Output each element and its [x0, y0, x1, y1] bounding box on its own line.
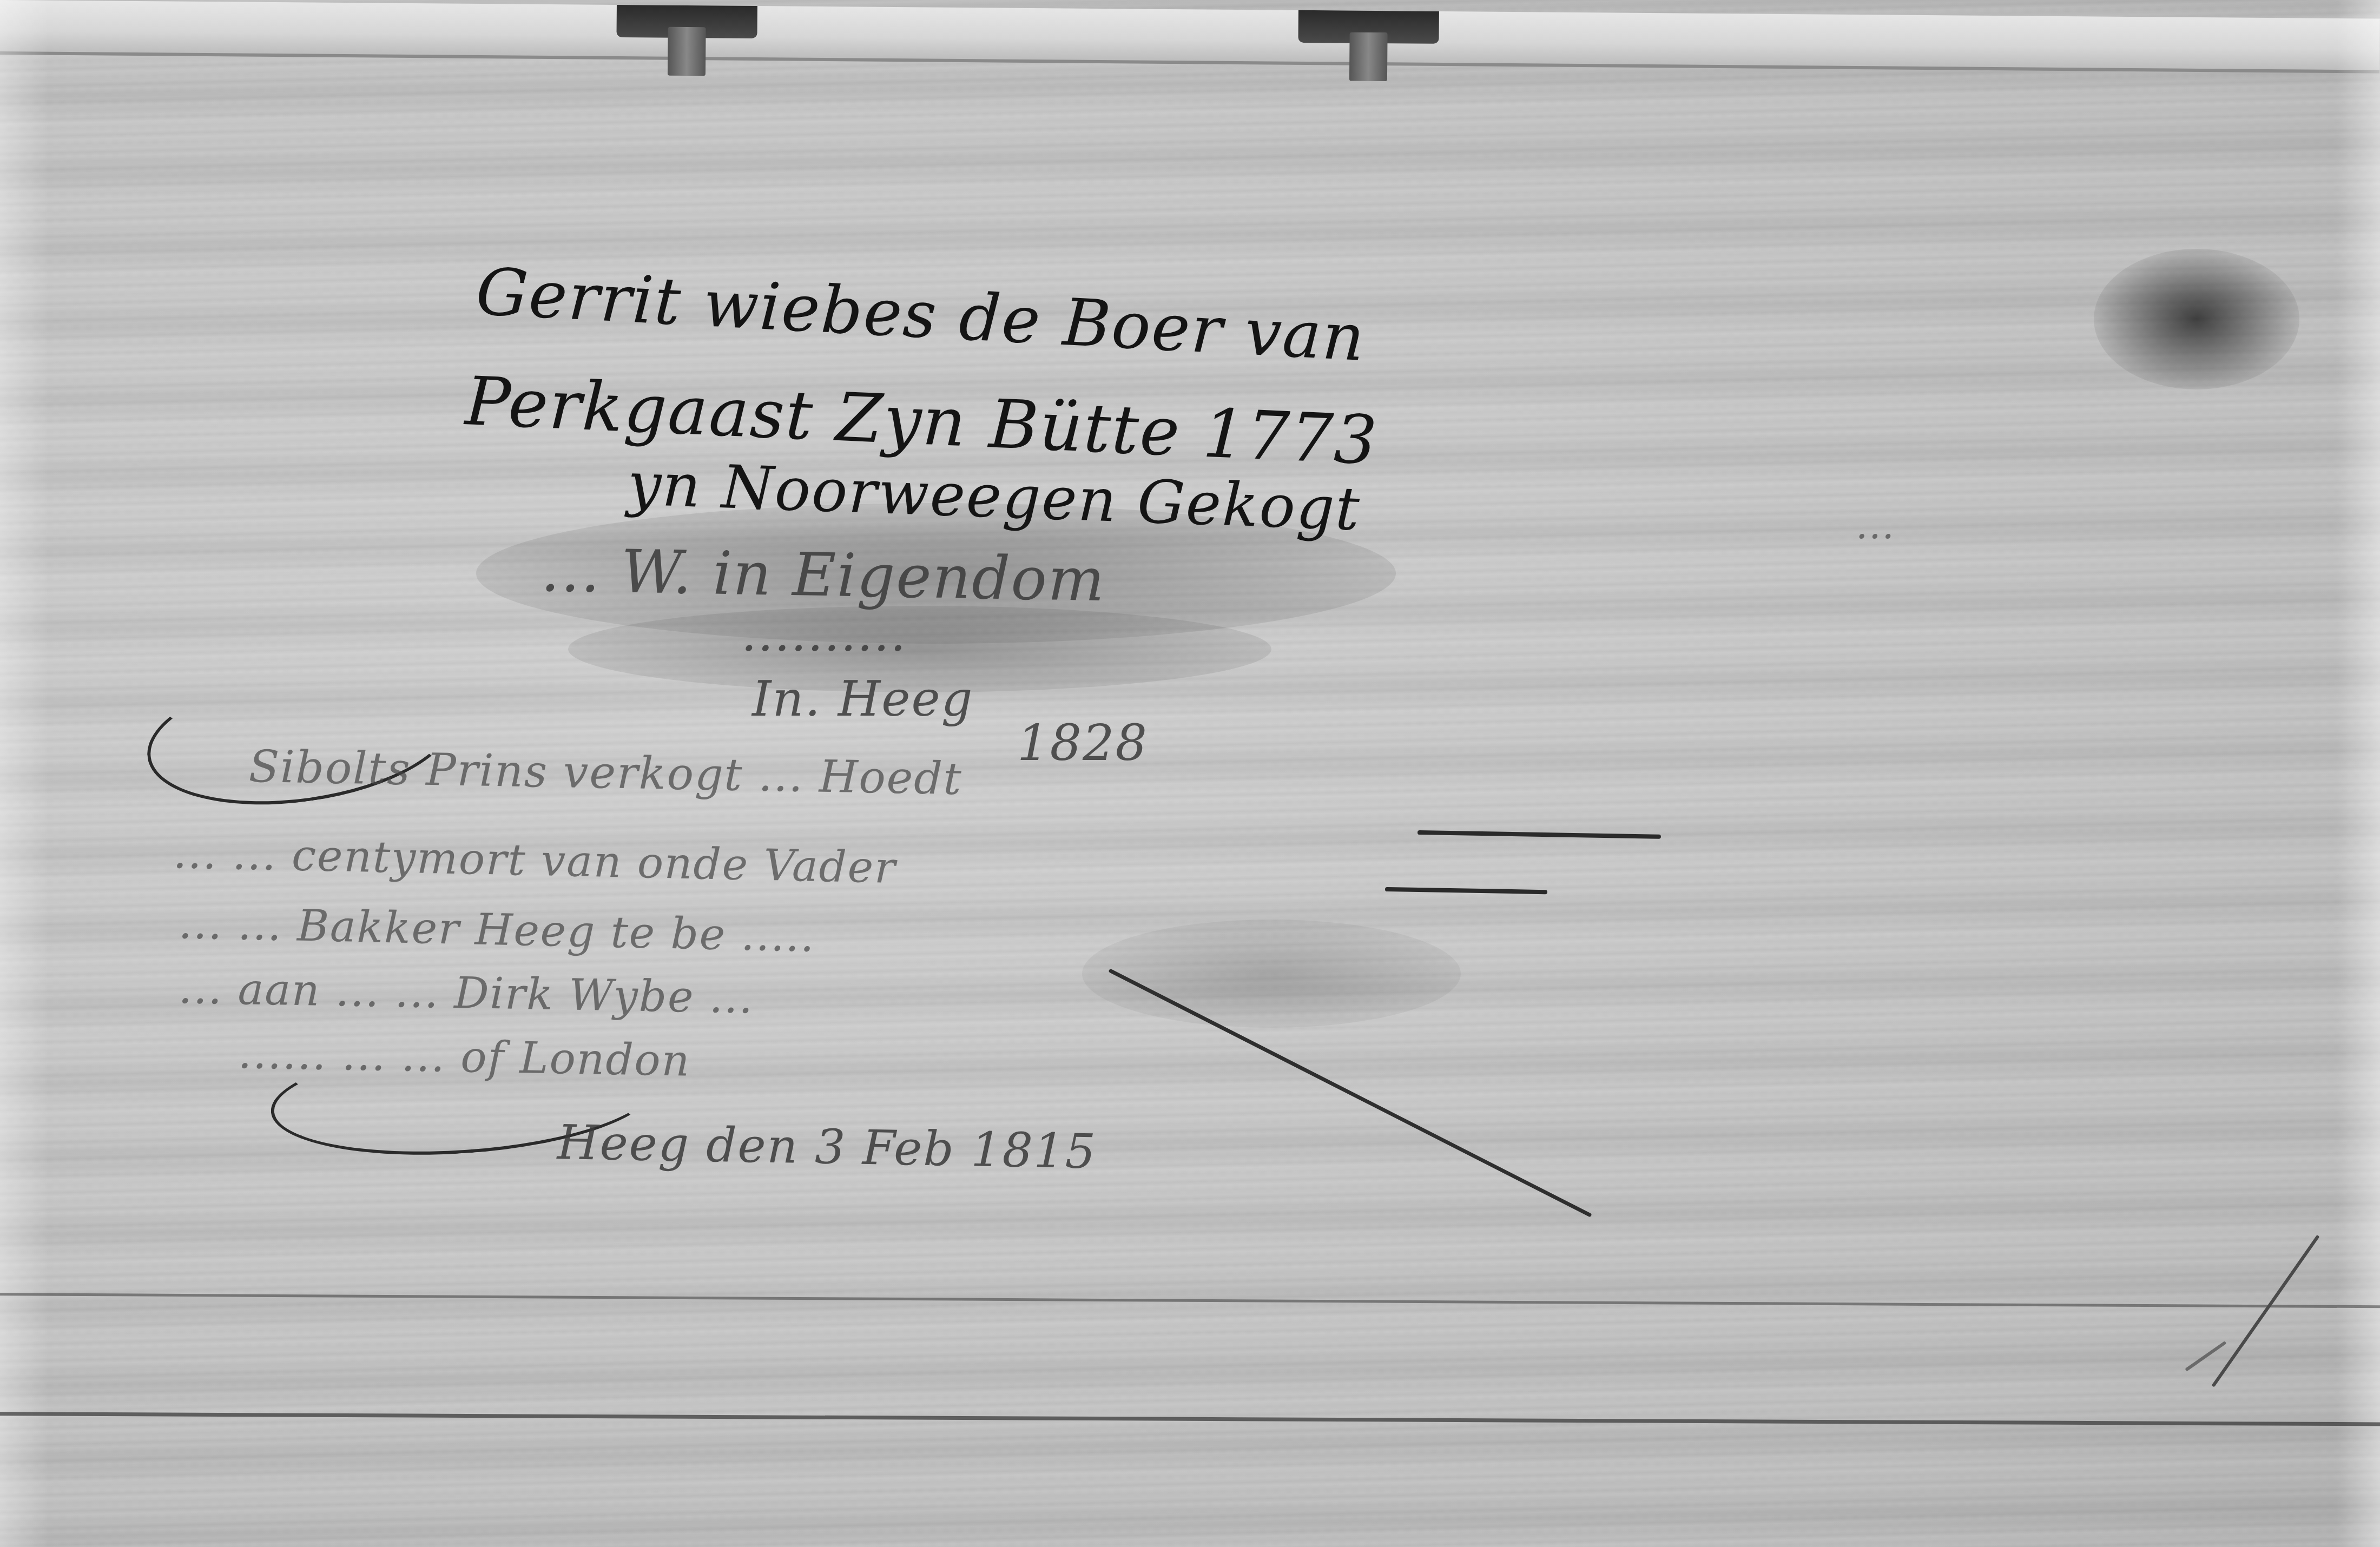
ink-smudge [1082, 920, 1461, 1028]
underline-stroke [1418, 830, 1661, 839]
board-seam [0, 1293, 2380, 1308]
inscription-2-date: 1828 [1017, 714, 1148, 772]
inscription-1-line-1: Gerrit wiebes de Boer van [474, 254, 1367, 376]
flourish-stroke [139, 650, 463, 822]
scratch-mark [2185, 1341, 2226, 1372]
board-seam [0, 1412, 2380, 1426]
inscription-3-line-1: Sibolts Prins verkogt ... Hoedt [248, 741, 962, 805]
panel-right-edge [2337, 0, 2380, 1547]
inscription-3-line-2: ... ... centymort van onde Vader [173, 828, 896, 893]
scratch-mark [2212, 1235, 2320, 1387]
chest-top-edge [0, 0, 2380, 74]
inscription-2-line-2: .......... [741, 606, 907, 663]
right-margin-mark: ... [1856, 503, 1895, 547]
inscription-2-line-3: In. Heeg [752, 671, 973, 728]
panel-left-edge [0, 0, 49, 1547]
inscription-3-line-4: ... aan ... ... Dirk Wybe ... [178, 963, 754, 1023]
inscription-3-date-line: Heeg den 3 Feb 1815 [557, 1114, 1097, 1179]
inscription-3-line-3: ... ... Bakker Heeg te be ..... [178, 898, 816, 962]
inscription-2-line-1: ... W. in Eigendom [540, 535, 1106, 614]
hinge-right-icon [1298, 10, 1439, 44]
hinge-left-icon [616, 5, 757, 38]
document-photograph: Gerrit wiebes de Boer van Perkgaast Zyn … [0, 0, 2380, 1547]
wood-knot [2094, 249, 2299, 389]
underline-stroke [1385, 887, 1547, 894]
